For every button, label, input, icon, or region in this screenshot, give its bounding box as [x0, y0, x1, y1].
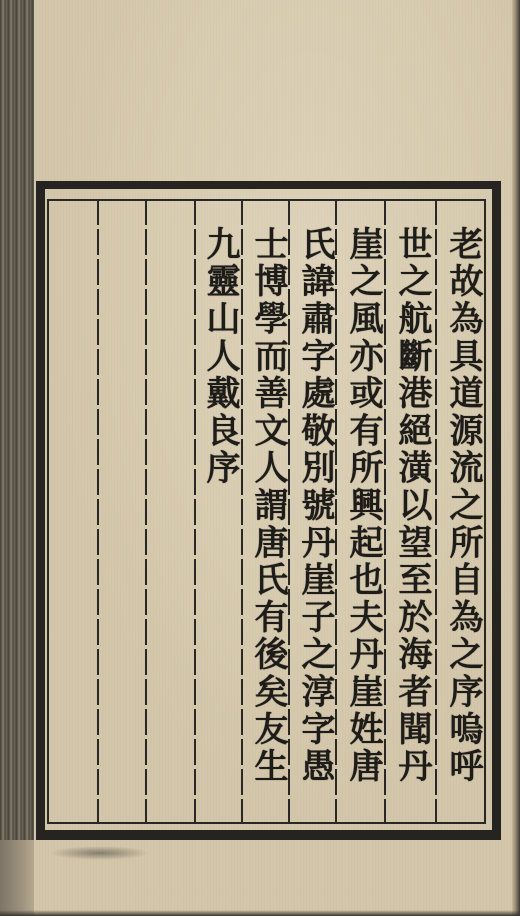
- text-column-4: 氏諱肅字處敬別號丹崖子之淳字愚: [292, 226, 338, 822]
- column-divider: [435, 199, 437, 824]
- text-column-5: 士博學而善文人謂唐氏有後矣友生: [245, 226, 291, 822]
- text-column-1: 老故為具道源流之所自為之序嗚呼: [440, 226, 486, 822]
- page-bottom-shadow: [0, 910, 520, 916]
- text-column-7-empty: [149, 226, 195, 822]
- ink-smudge: [50, 846, 150, 860]
- text-column-9-empty: [50, 226, 96, 822]
- text-column-2: 世之航斷港絕潢以望至於海者聞丹: [389, 226, 435, 822]
- column-divider: [97, 199, 99, 824]
- book-page: 老故為具道源流之所自為之序嗚呼 世之航斷港絕潢以望至於海者聞丹 崖之風亦或有所興…: [0, 0, 520, 916]
- text-column-8-empty: [100, 226, 146, 822]
- text-column-6-signature: 九靈山人戴良序: [197, 226, 243, 822]
- page-stack-edge-lower: [0, 840, 34, 916]
- page-stack-edge: [0, 0, 34, 916]
- text-column-3: 崖之風亦或有所興起也夫丹崖姓唐: [340, 226, 386, 822]
- page-right-edge: [512, 0, 520, 916]
